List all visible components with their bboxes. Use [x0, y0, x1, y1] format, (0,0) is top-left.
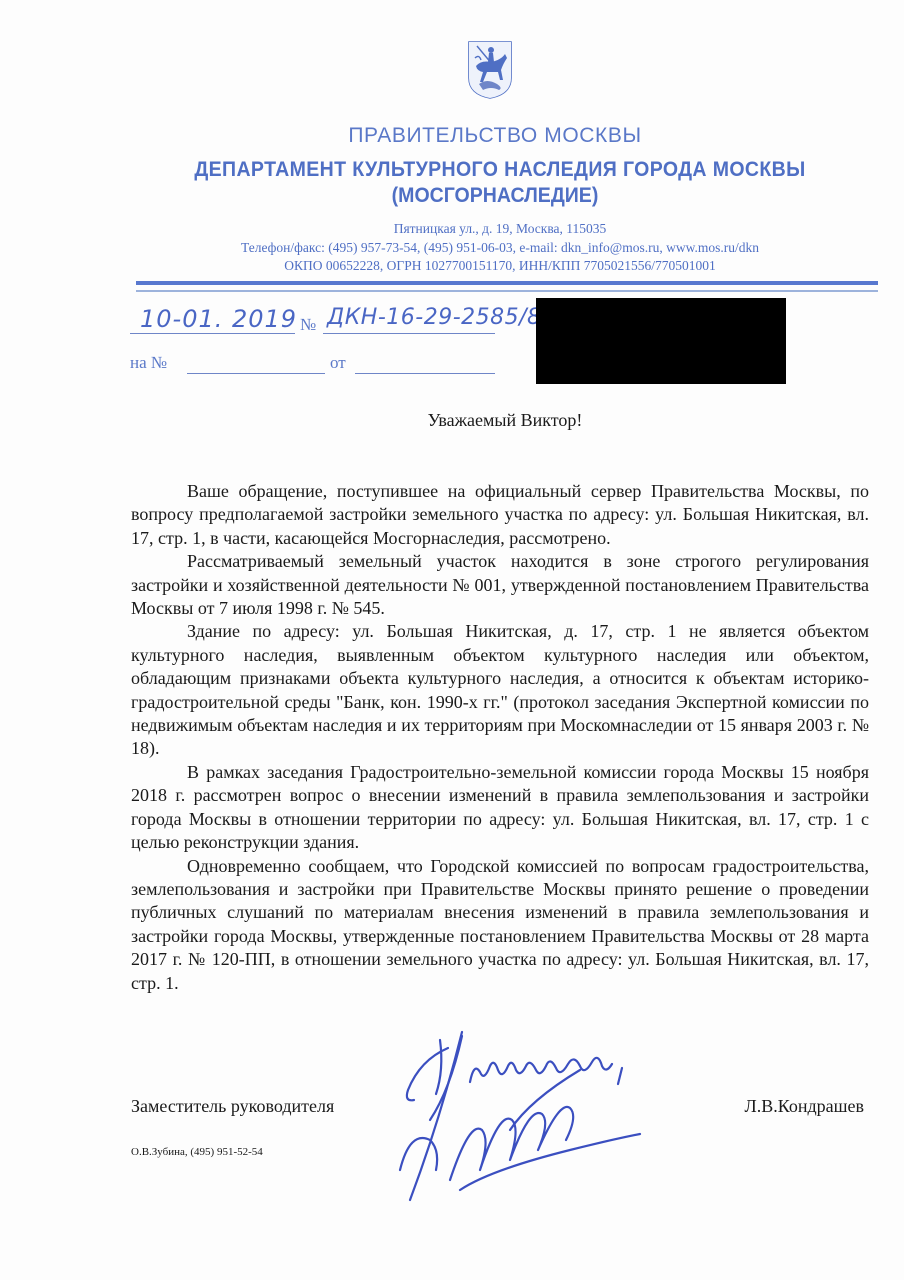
from-label: от — [330, 353, 346, 373]
signatory-position: Заместитель руководителя — [131, 1096, 334, 1117]
paragraph: Рассматриваемый земельный участок находи… — [131, 550, 869, 620]
reply-to-underline — [187, 373, 325, 374]
moscow-coat-of-arms-icon — [467, 40, 513, 100]
greeting: Уважаемый Виктор! — [0, 410, 904, 431]
government-title: ПРАВИТЕЛЬСТВО МОСКВЫ — [0, 124, 904, 148]
reply-to-label: на № — [130, 353, 167, 373]
from-underline — [355, 373, 495, 374]
header-divider-thick — [136, 281, 878, 285]
department-title: ДЕПАРТАМЕНТ КУЛЬТУРНОГО НАСЛЕДИЯ ГОРОДА … — [35, 158, 904, 182]
department-short-name: (МОСГОРНАСЛЕДИЕ) — [35, 184, 904, 208]
department-registry-ids: ОКПО 00652228, ОГРН 1027700151170, ИНН/К… — [0, 258, 904, 274]
executor-contact: О.В.Зубина, (495) 951-52-54 — [131, 1146, 263, 1158]
date-underline — [130, 333, 295, 334]
letter-body: Ваше обращение, поступившее на официальн… — [131, 480, 869, 995]
outgoing-number: ДКН-16-29-2585/8- — [327, 305, 550, 330]
number-underline — [323, 333, 495, 334]
header-divider-thin — [136, 290, 878, 292]
department-address: Пятницкая ул., д. 19, Москва, 115035 — [0, 221, 904, 237]
handwritten-signature-icon — [370, 1010, 770, 1210]
letter-page: ПРАВИТЕЛЬСТВО МОСКВЫ ДЕПАРТАМЕНТ КУЛЬТУР… — [0, 0, 904, 1280]
paragraph: Ваше обращение, поступившее на официальн… — [131, 480, 869, 550]
paragraph: В рамках заседания Градостроительно-земе… — [131, 761, 869, 855]
department-contacts: Телефон/факс: (495) 957-73-54, (495) 951… — [0, 240, 904, 256]
paragraph: Одновременно сообщаем, что Городской ком… — [131, 855, 869, 995]
paragraph: Здание по адресу: ул. Большая Никитская,… — [131, 620, 869, 760]
redaction-block — [536, 298, 786, 384]
outgoing-date: 10-01. 2019 — [140, 305, 297, 333]
number-label: № — [300, 315, 316, 335]
